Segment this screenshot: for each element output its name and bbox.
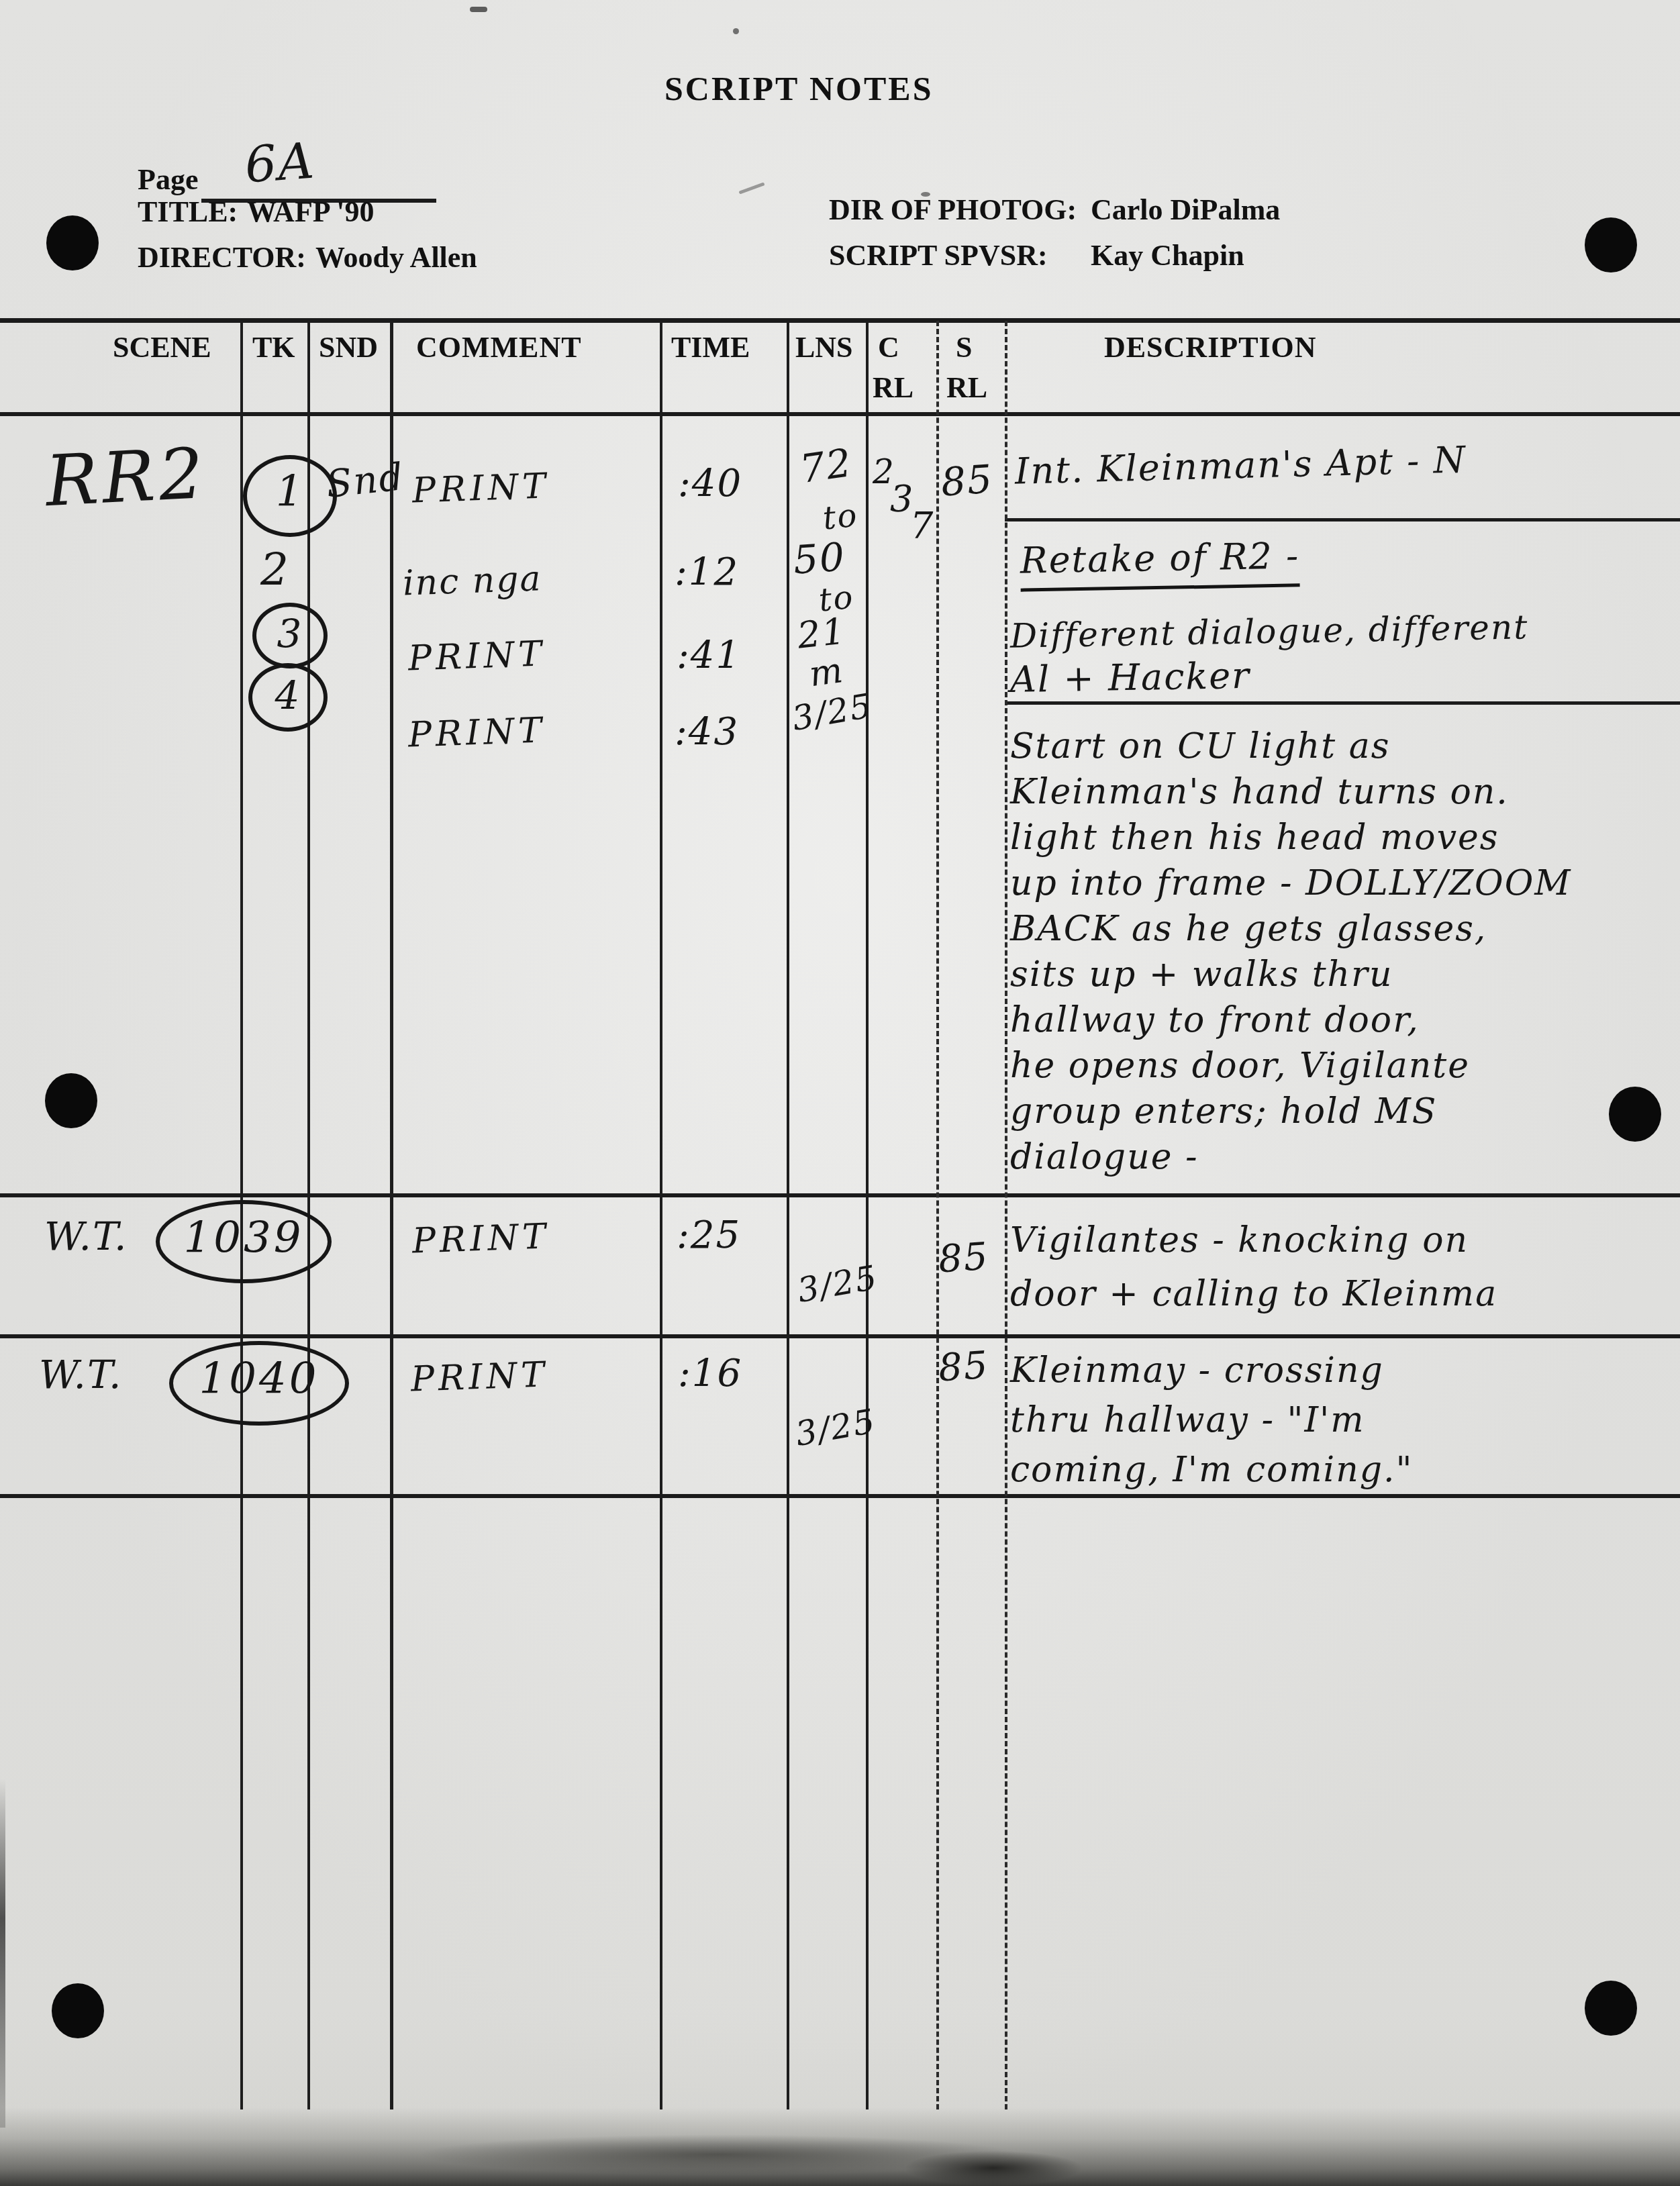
description-slug: Int. Kleinman's Apt - N — [1014, 438, 1467, 493]
wt1039-description-line-1: Vigilantes - knocking on — [1010, 1220, 1469, 1260]
title-value: WAFP '90 — [247, 195, 374, 229]
director-value: Woody Allen — [315, 240, 477, 275]
wt1040-scene-prefix: W.T. — [39, 1352, 123, 1397]
wt1039-time: :25 — [677, 1213, 741, 1257]
column-line-comment-time — [660, 321, 662, 2109]
table-header-rule — [0, 412, 1680, 416]
row-divider-1039 — [0, 1193, 1680, 1197]
take-1-snd: Snd — [324, 455, 406, 507]
lns-value-7: 3/25 — [789, 686, 876, 738]
description-body-line-5: BACK as he gets glasses, — [1010, 909, 1487, 949]
hole-punch-bottom-right — [1585, 1981, 1637, 2036]
take-1-time: :40 — [678, 462, 742, 505]
hole-punch-middle-left — [45, 1073, 97, 1128]
scan-bottom-blotch — [906, 2151, 1081, 2185]
wt1040-description-line-2: thru hallway - "I'm — [1010, 1400, 1365, 1440]
description-body-line-4: up into frame - DOLLY/ZOOM — [1010, 863, 1572, 903]
description-divider-2 — [1005, 701, 1680, 705]
header-time: TIME — [671, 330, 750, 364]
wt1039-comment: PRINT — [411, 1216, 550, 1261]
camera-roll-7: 7 — [910, 505, 934, 547]
lns-value-1: 72 — [797, 440, 856, 492]
director-label: DIRECTOR: — [138, 240, 306, 275]
wt1039-take-number: 1039 — [160, 1213, 328, 1263]
column-line-snd-comment — [390, 321, 393, 2109]
dp-label: DIR OF PHOTOG: — [829, 193, 1077, 227]
wt1039-scene-prefix: W.T. — [44, 1213, 128, 1259]
description-divider-1 — [1005, 518, 1680, 521]
header-s-rl: RL — [946, 370, 987, 405]
take-4-time: :43 — [675, 710, 739, 754]
lns-value-3: 50 — [792, 534, 847, 583]
take-1-comment: PRINT — [411, 466, 550, 511]
take-3-time: :41 — [677, 634, 741, 677]
table-top-rule — [0, 318, 1680, 323]
dp-value: Carlo DiPalma — [1091, 193, 1280, 227]
wt1040-circle: 1040 — [169, 1341, 349, 1426]
take-2-comment: inc nga — [402, 558, 543, 603]
take-2-number: 2 — [260, 544, 290, 595]
wt1039-circle: 1039 — [156, 1200, 332, 1283]
wt1040-take-number: 1040 — [173, 1354, 345, 1404]
description-body-line-1: Start on CU light as — [1010, 726, 1390, 766]
scan-left-edge-streak — [0, 1779, 5, 2128]
take-1-number: 1 — [247, 467, 333, 517]
scan-speck — [921, 192, 930, 197]
script-notes-page: SCRIPT NOTES Page 6A TITLE: WAFP '90 DIR… — [0, 0, 1680, 2186]
take-4-comment: PRINT — [407, 710, 546, 755]
scan-speck — [738, 182, 764, 194]
take-2-time: :12 — [675, 550, 739, 594]
description-body-line-8: he opens door, Vigilante — [1010, 1046, 1470, 1086]
column-line-lns-crl — [866, 321, 869, 2109]
scene-number-rr2: RR2 — [44, 432, 209, 522]
header-c-rl: RL — [873, 370, 913, 405]
description-body-line-3: light then his head moves — [1010, 817, 1499, 858]
scan-speck — [470, 7, 487, 12]
header-lns: LNS — [795, 330, 853, 364]
header-comment: COMMENT — [416, 330, 582, 364]
lns-value-2: to — [821, 496, 860, 537]
take-3-circle: 3 — [252, 603, 328, 668]
header-c: C — [878, 330, 899, 364]
column-line-crl-srl — [936, 321, 939, 2109]
page-label: Page — [138, 162, 198, 197]
description-retake-line-1: Different dialogue, different — [1010, 607, 1529, 655]
wt1040-time: :16 — [678, 1352, 742, 1395]
header-tk: TK — [252, 330, 295, 364]
wt1039-sound-roll: 85 — [937, 1234, 991, 1281]
wt1040-comment: PRINT — [410, 1354, 549, 1399]
wt1040-description-line-3: coming, I'm coming." — [1010, 1450, 1413, 1490]
lns-value-6: m — [807, 650, 846, 695]
description-body-line-2: Kleinman's hand turns on. — [1010, 772, 1509, 812]
header-description: DESCRIPTION — [1104, 330, 1317, 364]
hole-punch-top-right — [1585, 217, 1637, 272]
hole-punch-middle-right — [1609, 1087, 1661, 1142]
column-line-time-lns — [787, 321, 789, 2109]
scan-speck — [733, 28, 739, 34]
take-3-comment: PRINT — [407, 634, 546, 679]
description-body-line-10: dialogue - — [1010, 1137, 1199, 1177]
hole-punch-bottom-left — [52, 1983, 104, 2038]
header-scene: SCENE — [113, 330, 211, 364]
column-line-srl-description — [1005, 321, 1007, 2109]
description-body-line-7: hallway to front door, — [1010, 1000, 1420, 1040]
description-body-line-6: sits up + walks thru — [1010, 954, 1393, 995]
wt1040-sound-roll: 85 — [937, 1343, 991, 1390]
wt1039-description-line-2: door + calling to Kleinma — [1010, 1274, 1497, 1314]
description-retake-heading: Retake of R2 - — [1020, 534, 1300, 591]
supervisor-label: SCRIPT SPVSR: — [829, 238, 1048, 272]
description-body-line-9: group enters; hold MS — [1010, 1091, 1437, 1132]
row-divider-bottom — [0, 1494, 1680, 1498]
take-1-circle: 1 — [243, 455, 337, 537]
header-s: S — [956, 330, 972, 364]
take-3-number: 3 — [256, 611, 324, 656]
header-snd: SND — [319, 330, 378, 364]
sound-roll-rr2: 85 — [940, 456, 995, 505]
supervisor-value: Kay Chapin — [1091, 238, 1244, 272]
row-divider-1040 — [0, 1334, 1680, 1338]
page-title: SCRIPT NOTES — [664, 69, 933, 108]
take-4-number: 4 — [252, 673, 324, 718]
wt1040-description-line-1: Kleinmay - crossing — [1010, 1350, 1384, 1391]
page-number-handwritten: 6A — [243, 132, 317, 194]
title-label: TITLE: — [138, 195, 238, 229]
hole-punch-top-left — [46, 215, 99, 270]
take-4-circle: 4 — [248, 663, 328, 732]
description-retake-line-2: Al + Hacker — [1009, 654, 1250, 701]
